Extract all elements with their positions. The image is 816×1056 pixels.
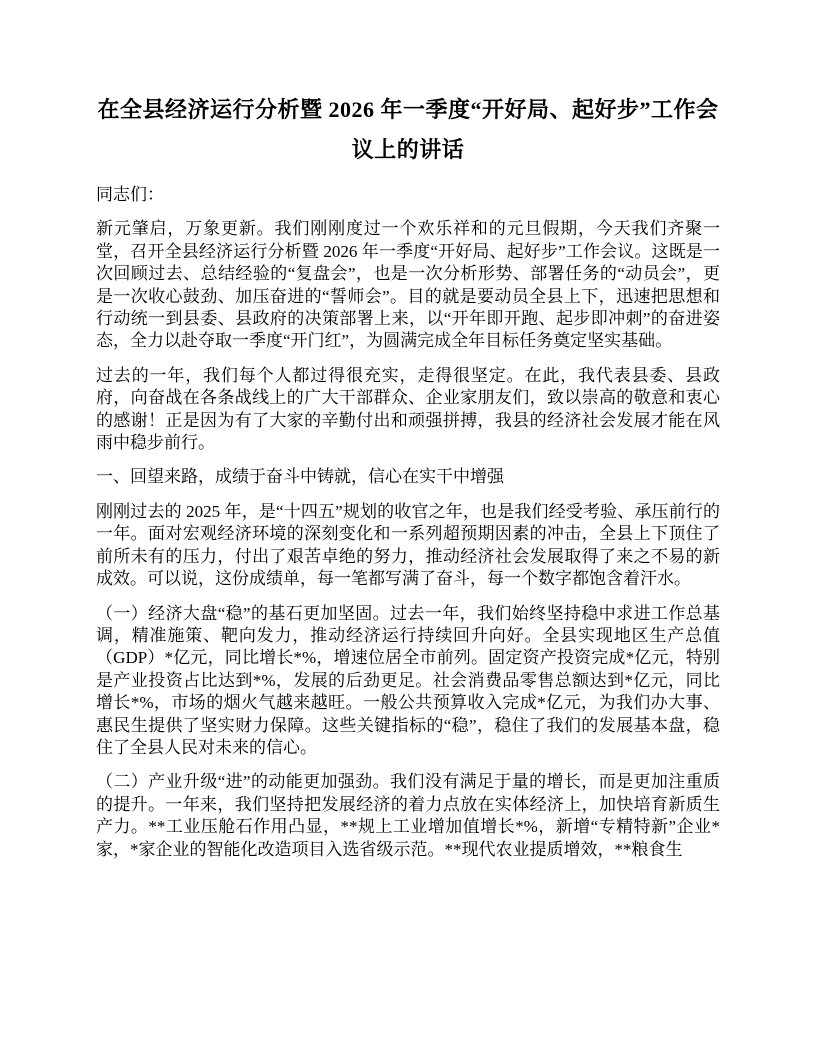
section-heading-1: 一、回望来路，成绩于奋斗中铸就，信心在实干中增强 [96,466,720,488]
paragraph-opening: 新元肇启，万象更新。我们刚刚度过一个欢乐祥和的元旦假期，今天我们齐聚一堂，召开全… [96,218,720,352]
salutation: 同志们： [96,184,720,206]
paragraph-economy-stable: （一）经济大盘“稳”的基石更加坚固。过去一年，我们始终坚持稳中求进工作总基调，精… [96,603,720,760]
paragraph-thanks: 过去的一年，我们每个人都过得很充实，走得很坚定。在此，我代表县委、县政府，向奋战… [96,365,720,455]
document-title: 在全县经济运行分析暨 2026 年一季度“开好局、起好步”工作会议上的讲话 [96,90,720,170]
paragraph-industry-upgrade: （二）产业升级“进”的动能更加强劲。我们没有满足于量的增长，而是更加注重质的提升… [96,771,720,861]
paragraph-review-2025: 刚刚过去的 2025 年，是“十四五”规划的收官之年，也是我们经受考验、承压前行… [96,501,720,591]
document-page: 在全县经济运行分析暨 2026 年一季度“开好局、起好步”工作会议上的讲话 同志… [0,0,816,1056]
